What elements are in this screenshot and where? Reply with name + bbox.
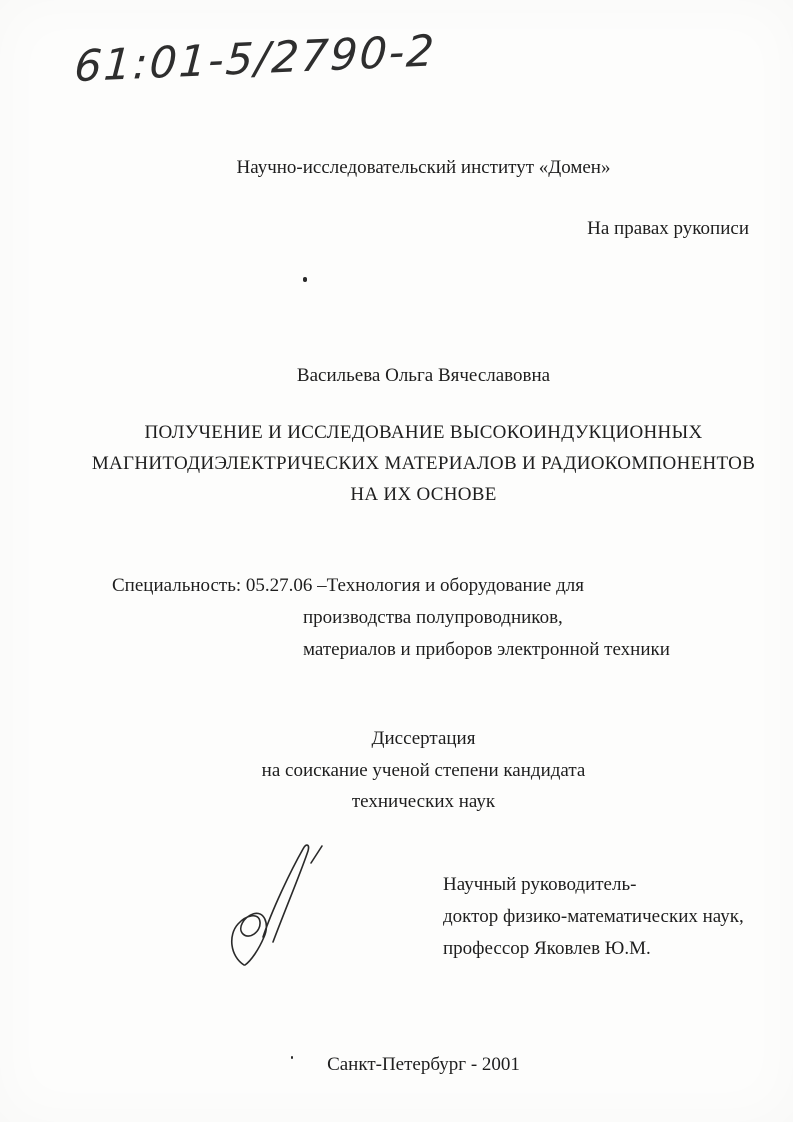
city-and-year: Санкт-Петербург - 2001 [54,1049,793,1080]
degree-line-3: технических наук [54,786,793,818]
supervisor-line-1: Научный руководитель- [443,869,744,901]
ink-speck [303,277,307,282]
institute-name: Научно-исследовательский институт «Домен… [54,152,793,183]
degree-line-1: Диссертация [54,723,793,755]
handwritten-catalog-number: 61:01-5/2790-2 [73,26,437,92]
specialty-line-2: производства полупроводников, [303,602,563,633]
degree-statement: Диссертация на соискание ученой степени … [54,723,793,818]
supervisor-block: Научный руководитель- доктор физико-мате… [443,869,744,965]
supervisor-line-2: доктор физико-математических наук, [443,901,744,933]
title-line-1: ПОЛУЧЕНИЕ И ИССЛЕДОВАНИЕ ВЫСОКОИНДУКЦИОН… [54,417,793,448]
dissertation-title-page-scan: 61:01-5/2790-2 Научно-исследовательский … [0,0,793,1122]
title-line-2: МАГНИТОДИЭЛЕКТРИЧЕСКИХ МАТЕРИАЛОВ И РАДИ… [54,448,793,479]
author-name: Васильева Ольга Вячеславовна [54,360,793,391]
title-line-3: НА ИХ ОСНОВЕ [54,479,793,510]
dissertation-title: ПОЛУЧЕНИЕ И ИССЛЕДОВАНИЕ ВЫСОКОИНДУКЦИОН… [54,417,793,510]
specialty-line-1: Специальность: 05.27.06 –Технология и об… [112,570,584,601]
degree-line-2: на соискание ученой степени кандидата [54,755,793,787]
supervisor-line-3: профессор Яковлев Ю.М. [443,933,744,965]
handwritten-signature-icon [210,836,338,978]
specialty-line-3: материалов и приборов электронной техник… [303,634,670,665]
manuscript-rights-note: На правах рукописи [587,213,749,244]
